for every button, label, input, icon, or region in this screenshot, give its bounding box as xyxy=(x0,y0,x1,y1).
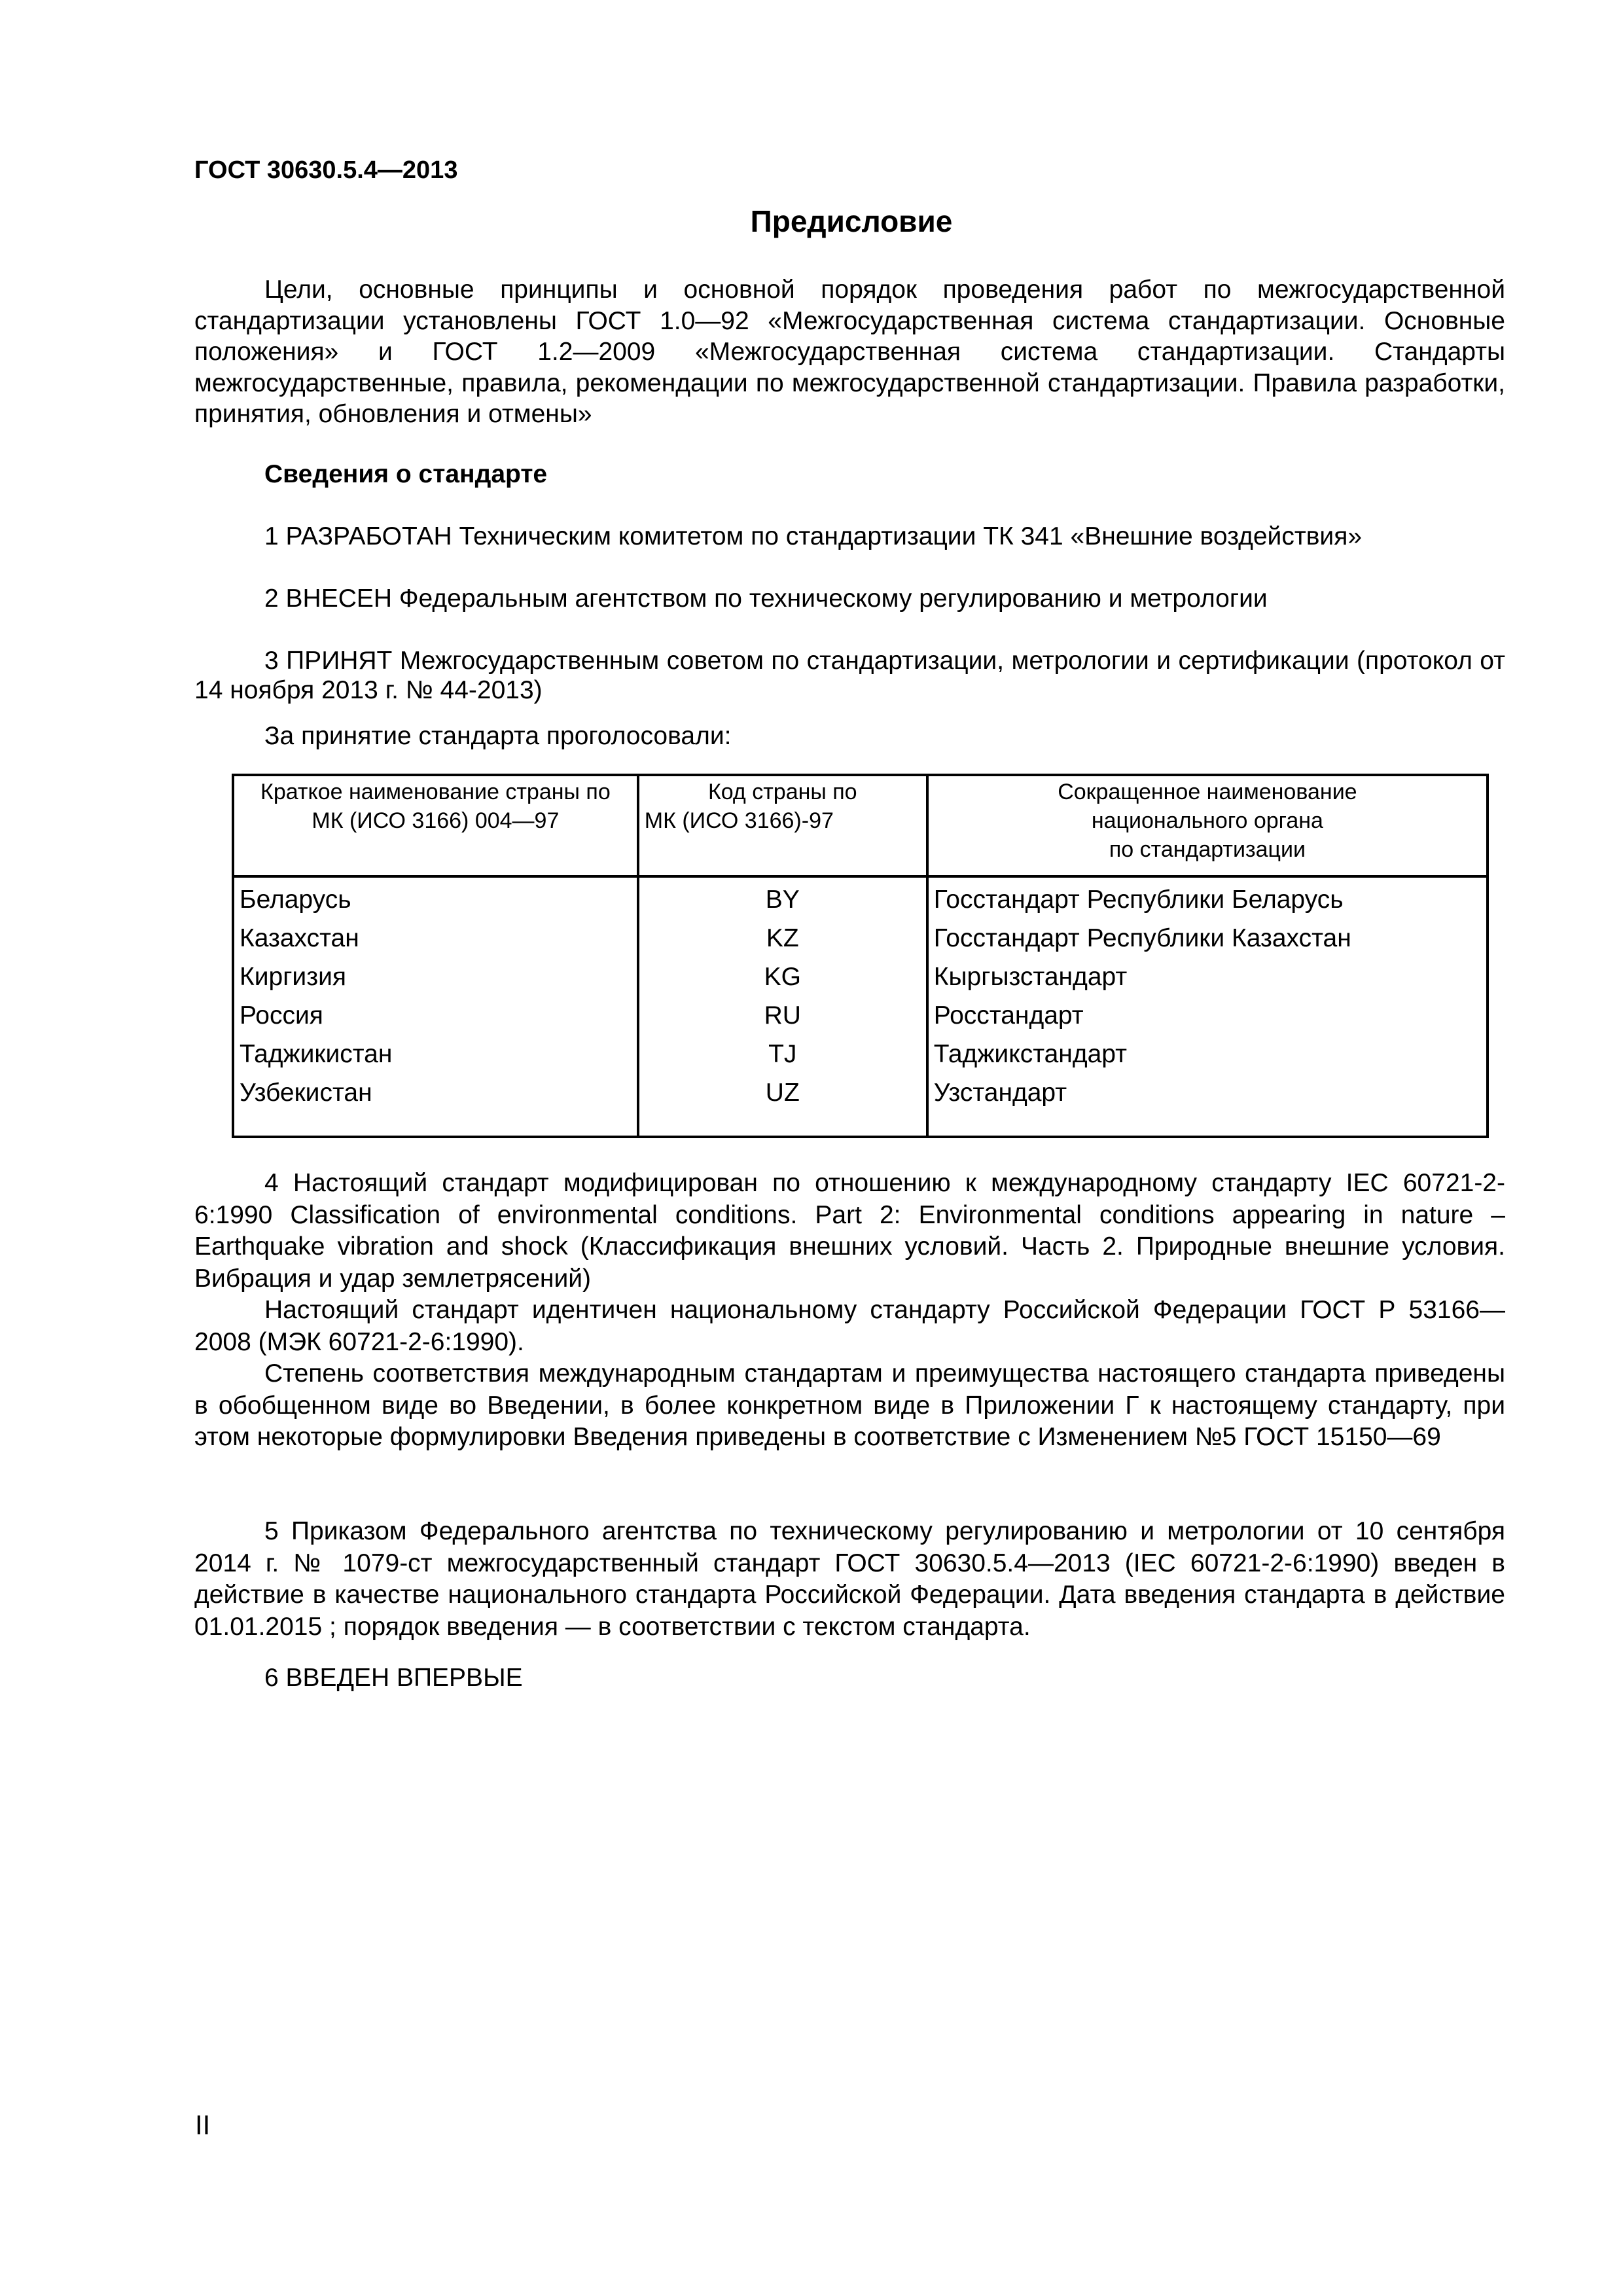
cell-country: Беларусь xyxy=(233,876,638,919)
votes-table-header-row: Краткое наименование страны по МК (ИСО 3… xyxy=(233,775,1488,876)
cell-standards-body: Таджикстандарт xyxy=(927,1035,1488,1073)
table-row: Узбекистан UZ Узстандарт xyxy=(233,1073,1488,1137)
item-4-conformity-note: Степень соответствия международным станд… xyxy=(194,1358,1505,1454)
item-3-adopted-by: 3 ПРИНЯТ Межгосударственным советом по с… xyxy=(194,646,1505,705)
cell-code: TJ xyxy=(638,1035,927,1073)
header-standards-body: Сокращенное наименование национального о… xyxy=(927,775,1488,876)
header-code-line2: МК (ИСО 3166)-97 xyxy=(645,806,921,835)
cell-country: Киргизия xyxy=(233,958,638,996)
item-4-modification-note: 4 Настоящий стандарт модифицирован по от… xyxy=(194,1168,1505,1295)
cell-code: BY xyxy=(638,876,927,919)
votes-table: Краткое наименование страны по МК (ИСО 3… xyxy=(232,774,1489,1138)
page-number: II xyxy=(195,2109,210,2142)
section-heading: Сведения о стандарте xyxy=(194,459,1505,490)
item-4-identity-note: Настоящий стандарт идентичен национально… xyxy=(194,1295,1505,1358)
header-country: Краткое наименование страны по МК (ИСО 3… xyxy=(233,775,638,876)
cell-standards-body: Госстандарт Республики Беларусь xyxy=(927,876,1488,919)
item-6-first-introduced: 6 ВВЕДЕН ВПЕРВЫЕ xyxy=(194,1662,1505,1694)
table-row: Таджикистан TJ Таджикстандарт xyxy=(233,1035,1488,1073)
table-row: Казахстан KZ Госстандарт Республики Каза… xyxy=(233,919,1488,958)
table-row: Россия RU Росстандарт xyxy=(233,996,1488,1035)
item-5-order: 5 Приказом Федерального агентства по тех… xyxy=(194,1516,1505,1643)
header-country-line2: МК (ИСО 3166) 004—97 xyxy=(240,806,632,835)
header-body-line2: национального органа xyxy=(934,806,1481,835)
cell-standards-body: Кыргызстандарт xyxy=(927,958,1488,996)
cell-code: KZ xyxy=(638,919,927,958)
intro-paragraph: Цели, основные принципы и основной поряд… xyxy=(194,274,1505,430)
document-id-header: ГОСТ 30630.5.4—2013 xyxy=(194,154,457,186)
cell-code: RU xyxy=(638,996,927,1035)
item-2-submitted-by: 2 ВНЕСЕН Федеральным агентством по техни… xyxy=(194,583,1505,615)
cell-standards-body: Госстандарт Республики Казахстан xyxy=(927,919,1488,958)
cell-code: KG xyxy=(638,958,927,996)
votes-intro: За принятие стандарта проголосовали: xyxy=(194,721,1505,752)
item-1-developed-by: 1 РАЗРАБОТАН Техническим комитетом по ст… xyxy=(194,521,1505,552)
page-title: Предисловие xyxy=(0,203,1623,240)
document-page: ГОСТ 30630.5.4—2013 Предисловие Цели, ос… xyxy=(0,0,1623,2296)
cell-country: Россия xyxy=(233,996,638,1035)
header-code-line1: Код страны по xyxy=(645,778,921,806)
table-row: Беларусь BY Госстандарт Республики Белар… xyxy=(233,876,1488,919)
cell-country: Узбекистан xyxy=(233,1073,638,1137)
table-row: Киргизия KG Кыргызстандарт xyxy=(233,958,1488,996)
header-code: Код страны по МК (ИСО 3166)-97 xyxy=(638,775,927,876)
header-body-line3: по стандартизации xyxy=(934,835,1481,864)
header-country-line1: Краткое наименование страны по xyxy=(240,778,632,806)
cell-standards-body: Росстандарт xyxy=(927,996,1488,1035)
cell-code: UZ xyxy=(638,1073,927,1137)
cell-country: Таджикистан xyxy=(233,1035,638,1073)
cell-country: Казахстан xyxy=(233,919,638,958)
header-body-line1: Сокращенное наименование xyxy=(934,778,1481,806)
cell-standards-body: Узстандарт xyxy=(927,1073,1488,1137)
